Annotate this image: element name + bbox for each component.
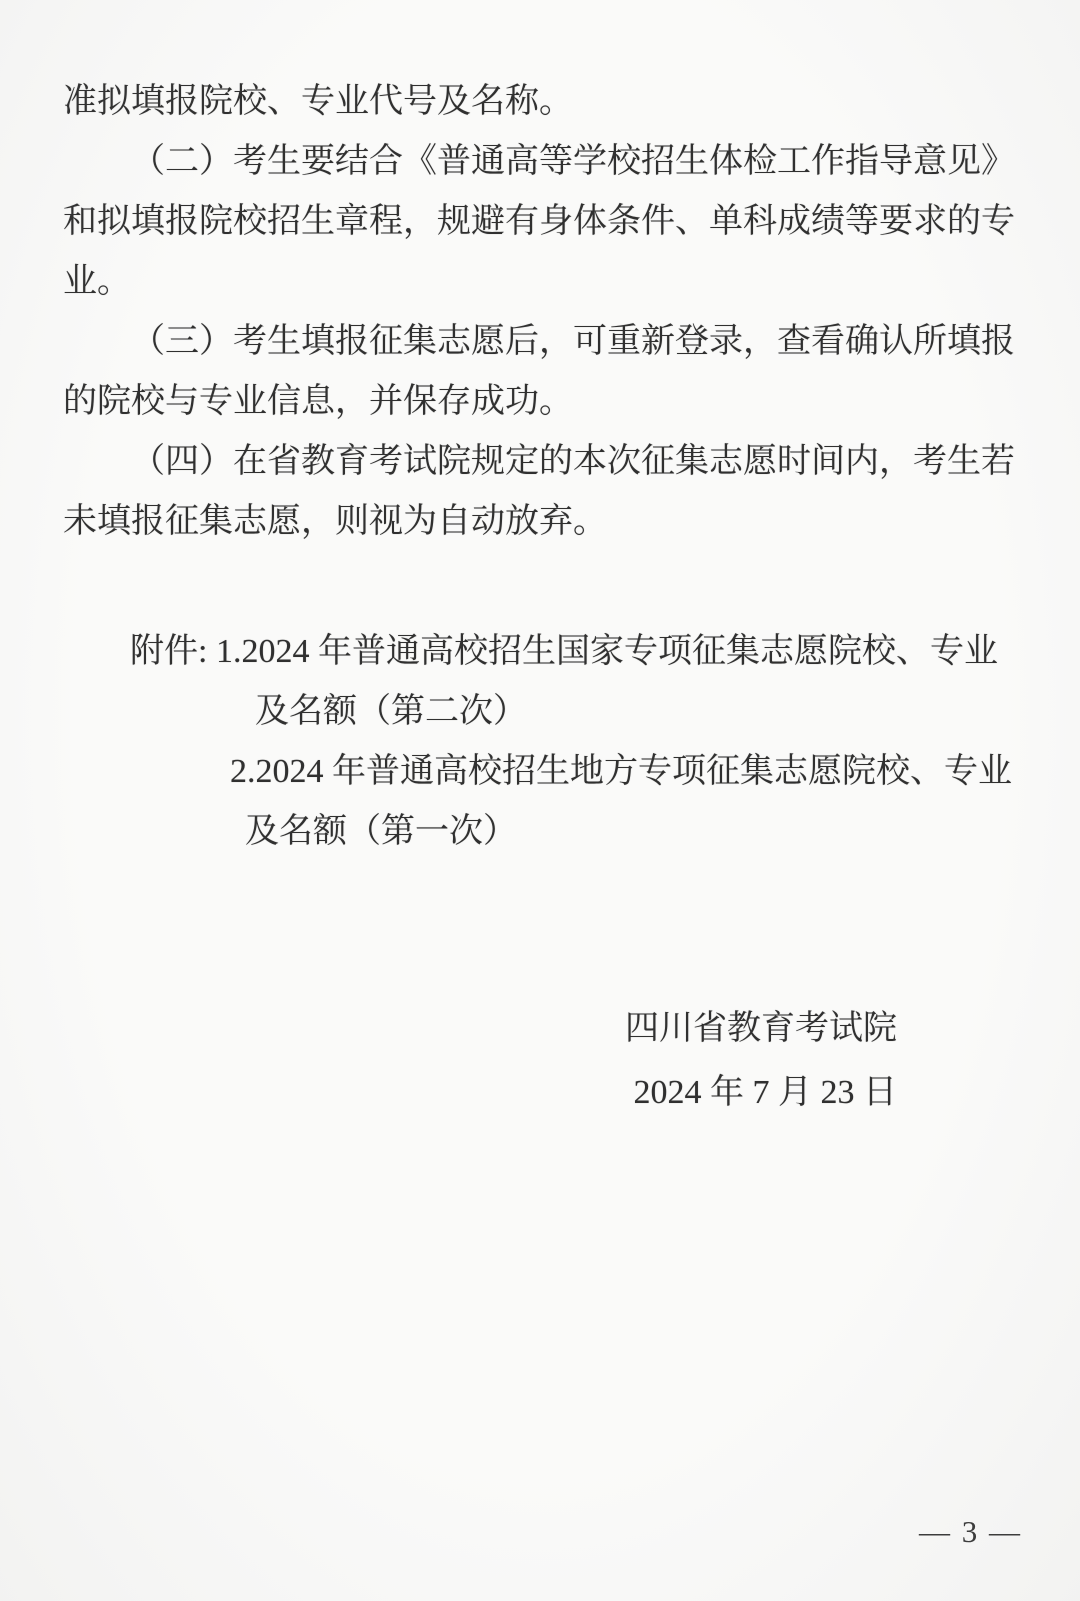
signature-date: 2024 年 7 月 23 日 [625, 1061, 897, 1125]
document-body: 准拟填报院校、专业代号及名称。 （二）考生要结合《普通高等学校招生体检工作指导意… [63, 72, 1022, 862]
attachment-line: 及名额（第二次） [63, 682, 1022, 742]
body-line: 未填报征集志愿，则视为自动放弃。 [63, 492, 1022, 552]
body-line: （二）考生要结合《普通高等学校招生体检工作指导意见》 [63, 132, 1022, 192]
signature-org: 四川省教育考试院 [625, 997, 897, 1061]
body-line: 业。 [63, 252, 1022, 312]
signature-block: 四川省教育考试院 2024 年 7 月 23 日 [625, 997, 897, 1125]
attachment-line: 2.2024 年普通高校招生地方专项征集志愿院校、专业 [63, 742, 1022, 802]
document-page: 准拟填报院校、专业代号及名称。 （二）考生要结合《普通高等学校招生体检工作指导意… [0, 0, 1080, 1601]
page-number: — 3 — [919, 1512, 1022, 1552]
body-line: （四）在省教育考试院规定的本次征集志愿时间内，考生若 [63, 432, 1022, 492]
attachment-line: 及名额（第一次） [63, 802, 1022, 862]
body-line: 的院校与专业信息，并保存成功。 [63, 372, 1022, 432]
body-line: （三）考生填报征集志愿后，可重新登录，查看确认所填报 [63, 312, 1022, 372]
body-line: 和拟填报院校招生章程，规避有身体条件、单科成绩等要求的专 [63, 192, 1022, 252]
attachment-section: 附件: 1.2024 年普通高校招生国家专项征集志愿院校、专业 及名额（第二次）… [63, 622, 1022, 862]
body-line: 准拟填报院校、专业代号及名称。 [63, 72, 1022, 132]
attachment-line: 附件: 1.2024 年普通高校招生国家专项征集志愿院校、专业 [63, 622, 1022, 682]
